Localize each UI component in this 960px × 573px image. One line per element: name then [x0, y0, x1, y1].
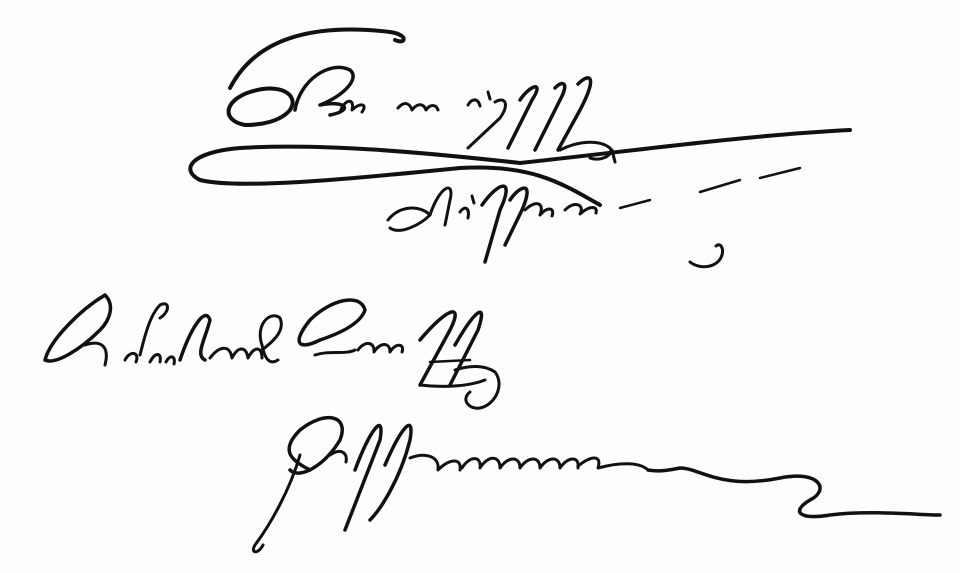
- signature-line-1: [229, 30, 615, 162]
- signature-line-3: [45, 295, 499, 408]
- signature-strokes: [0, 0, 960, 573]
- signature-scan: Benrügk dicht Richtund Reichsb Geheimrau…: [0, 0, 960, 573]
- signature-line-4: [253, 418, 940, 552]
- signature-line-2: [388, 168, 800, 267]
- signature-underline-flourish: [190, 130, 850, 205]
